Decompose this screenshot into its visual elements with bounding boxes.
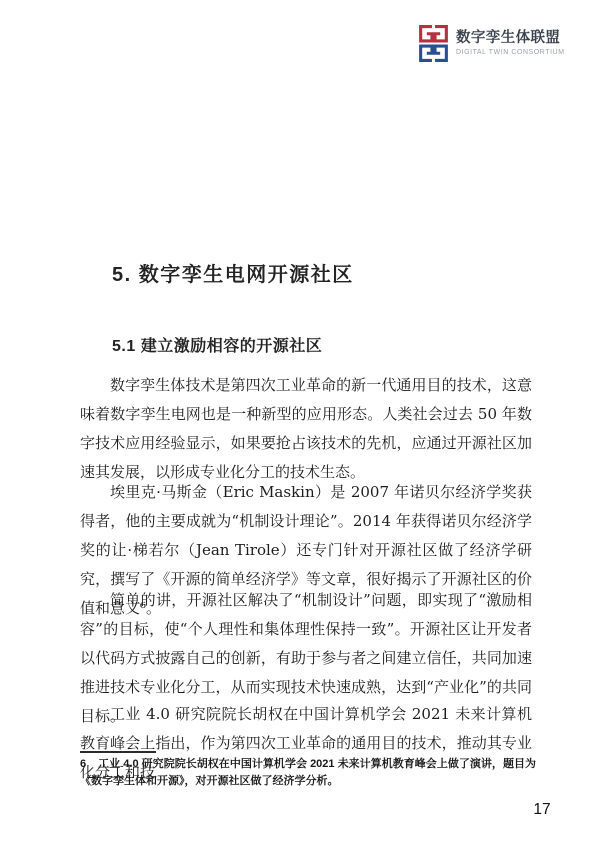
page-number: 17 <box>526 801 558 819</box>
logo-mark-coil-bottom-right <box>435 46 446 60</box>
twin-knot-mark-icon <box>419 25 448 62</box>
footnote-divider <box>80 751 156 753</box>
document-page: 数字孪生体联盟 DIGITAL TWIN CONSORTIUM 5. 数字孪生电… <box>0 0 600 863</box>
paragraph-1: 数字孪生体技术是第四次工业革命的新一代通用目的技术，这意味着数字孪生电网也是一种… <box>80 371 532 487</box>
logo-names: 数字孪生体联盟 DIGITAL TWIN CONSORTIUM <box>456 25 565 57</box>
logo-mark-coil-top-right <box>435 27 446 41</box>
logo-name-chinese: 数字孪生体联盟 <box>456 29 565 47</box>
footnote-marker: 6 <box>80 758 86 770</box>
subsection-heading: 5.1 建立激励相容的开源社区 <box>112 337 322 358</box>
section-heading: 5. 数字孪生电网开源社区 <box>112 262 354 288</box>
logo-mark-coil-top-left <box>421 27 432 41</box>
digital-twin-consortium-logo: 数字孪生体联盟 DIGITAL TWIN CONSORTIUM <box>419 25 565 62</box>
logo-name-english: DIGITAL TWIN CONSORTIUM <box>456 50 565 57</box>
footnote-body: 工业 4.0 研究院院长胡权在中国计算机学会 2021 未来计算机教育峰会上做了… <box>80 758 536 787</box>
footnote: 6工业 4.0 研究院院长胡权在中国计算机学会 2021 未来计算机教育峰会上做… <box>80 756 536 789</box>
logo-mark-coil-bottom-left <box>421 46 432 60</box>
